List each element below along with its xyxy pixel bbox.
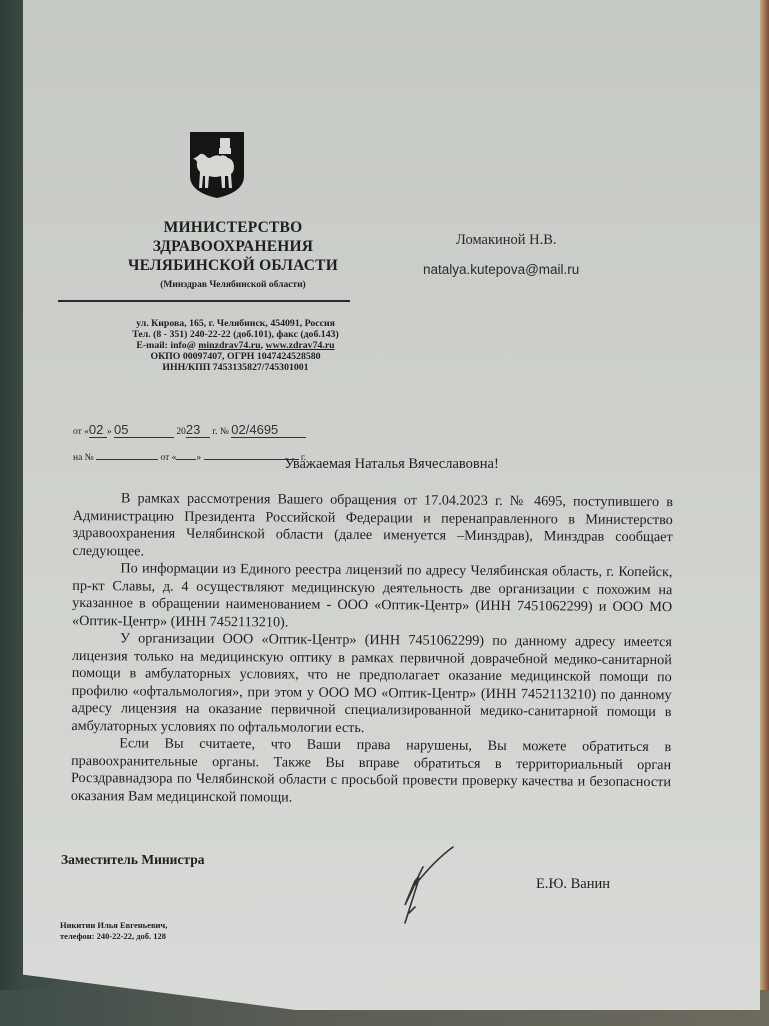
ministry-email-line: E-mail: info@ minzdrav74.ru, www.zdrav74… [93, 340, 378, 351]
letterhead-contacts: ул. Кирова, 165, г. Челябинск, 454091, Р… [93, 318, 378, 373]
email-domain-link[interactable]: minzdrav74.ru [198, 340, 260, 351]
okpo-ogrn: ОКПО 00097407, ОГРН 1047424528580 [93, 351, 378, 362]
day-close: » [107, 427, 112, 437]
paragraph-1: В рамках рассмотрения Вашего обращения о… [73, 490, 673, 564]
ministry-line-1: МИНИСТЕРСТВО [113, 218, 353, 237]
executor-info: Никитин Илья Евгеньевич, телефон: 240-22… [60, 920, 167, 941]
coat-of-arms-icon [188, 130, 246, 200]
reg-month: 05 [114, 422, 174, 438]
from-label: от « [73, 427, 89, 437]
paragraph-2: По информации из Единого реестра лицензи… [72, 560, 672, 634]
paragraph-3: У организации ООО «Оптик-Центр» (ИНН 745… [71, 630, 672, 739]
ministry-line-3: ЧЕЛЯБИНСКОЙ ОБЛАСТИ [113, 256, 353, 275]
ministry-address: ул. Кирова, 165, г. Челябинск, 454091, Р… [93, 318, 378, 329]
ministry-name: МИНИСТЕРСТВО ЗДРАВООХРАНЕНИЯ ЧЕЛЯБИНСКОЙ… [113, 218, 353, 275]
inn-kpp: ИНН/КПП 7453135827/745301001 [93, 362, 378, 373]
reg-day: 02 [89, 422, 107, 438]
ministry-short-name: (Минздрав Челябинской области) [113, 280, 353, 290]
reg-number: 02/4695 [231, 422, 306, 438]
addressee-name: Ломакиной Н.В. [456, 232, 557, 249]
website-link[interactable]: www.zdrav74.ru [266, 340, 335, 351]
ministry-phone: Тел. (8 - 351) 240-22-22 (доб.101), факс… [93, 329, 378, 340]
letterhead-divider [58, 300, 350, 302]
executor-name: Никитин Илья Евгеньевич, [60, 920, 167, 931]
signer-name: Е.Ю. Ванин [536, 876, 610, 893]
year-prefix: 20 [176, 427, 186, 437]
greeting: Уважаемая Наталья Вячеславовна! [23, 456, 760, 473]
outgoing-registration-line: от «02» 05 2023 г. № 02/4695 [73, 422, 306, 438]
executor-phone: телефон: 240-22-22, доб. 128 [60, 931, 167, 942]
letter-page: МИНИСТЕРСТВО ЗДРАВООХРАНЕНИЯ ЧЕЛЯБИНСКОЙ… [23, 0, 760, 1010]
handwritten-signature-icon [375, 845, 455, 930]
ministry-line-2: ЗДРАВООХРАНЕНИЯ [113, 237, 353, 256]
letter-body: В рамках рассмотрения Вашего обращения о… [71, 490, 673, 809]
addressee-email: natalya.kutepova@mail.ru [423, 262, 579, 277]
signer-title: Заместитель Министра [61, 852, 204, 868]
number-label: г. № [212, 427, 229, 437]
email-label: E-mail: info@ [136, 340, 198, 351]
reg-year: 23 [186, 422, 210, 438]
paragraph-4: Если Вы считаете, что Ваши права нарушен… [71, 735, 671, 809]
